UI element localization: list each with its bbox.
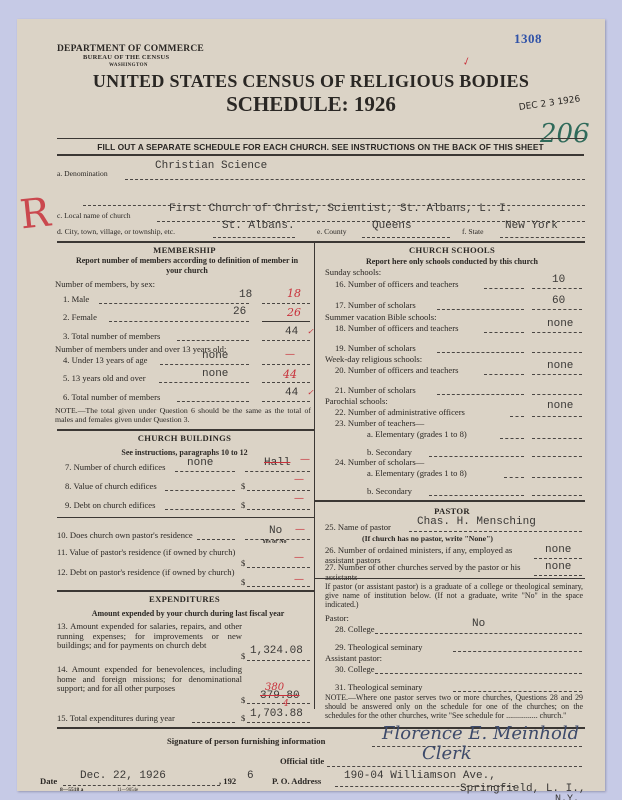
q9-label: 9. Debt on church edifices — [65, 500, 155, 510]
signature-label: Signature of person furnishing informati… — [167, 736, 325, 746]
q29-seminary-field[interactable] — [453, 651, 582, 652]
date-field[interactable]: Dec. 22, 1926 — [80, 770, 166, 782]
q27-value-line — [534, 575, 582, 576]
q24b-line — [429, 495, 524, 496]
census-schedule-sheet: DEPARTMENT OF COMMERCE BUREAU OF THE CEN… — [17, 19, 605, 791]
q8-value-field[interactable] — [247, 490, 310, 491]
county-label: e. County — [317, 227, 347, 236]
q28-label: 28. College — [335, 624, 375, 634]
parochial-schools-label: Parochial schools: — [325, 396, 388, 406]
city-label: d. City, town, village, or township, etc… — [57, 227, 175, 236]
schools-title: CHURCH SCHOOLS — [317, 245, 587, 255]
q24b-label: b. Secondary — [367, 486, 412, 496]
expenditures-divider — [57, 590, 314, 592]
q10-label: 10. Does church own pastor's residence — [57, 530, 193, 540]
q6-value-line — [262, 401, 310, 402]
schedule-title: SCHEDULE: 1926 — [17, 92, 605, 117]
q21-weekday-scholars-field[interactable] — [437, 394, 524, 395]
pastor-subheading: Pastor: — [325, 613, 349, 623]
q12-dollar: $ — [241, 577, 245, 587]
q9-red-dash: — — [294, 493, 304, 504]
q13-label: 13. Amount expended for salaries, repair… — [57, 622, 242, 651]
red-handwritten-mark: R — [18, 190, 53, 239]
q25-line — [409, 531, 582, 532]
q20-weekday-teachers-field[interactable]: none — [547, 360, 573, 372]
q26-value-line — [534, 558, 582, 559]
q14-dollar: $ — [241, 695, 245, 705]
q4-under13-field[interactable]: none — [202, 350, 228, 362]
weekday-schools-label: Week-day religious schools: — [325, 354, 422, 364]
date-label: Date — [40, 776, 57, 786]
instructions-banner: FILL OUT A SEPARATE SCHEDULE FOR EACH CH… — [57, 142, 584, 152]
pastor-divider — [315, 500, 585, 502]
q28-college-field[interactable]: No — [472, 618, 485, 630]
q5-over13-field[interactable]: none — [202, 368, 228, 380]
local-name-field[interactable]: First Church of Christ, Scientist, St. A… — [169, 203, 512, 215]
q27-label: 27. Number of other churches served by t… — [325, 563, 525, 582]
form-code-1: 8—5518 a — [60, 787, 83, 793]
state-label: f. State — [462, 227, 484, 236]
q23a-elementary-teachers-field[interactable] — [532, 438, 582, 439]
form-code-2: 11—9054e — [117, 788, 138, 793]
q7-label: 7. Number of church edifices — [65, 462, 165, 472]
q29-label: 29. Theological seminary — [335, 642, 422, 652]
q21-label: 21. Number of scholars — [335, 385, 416, 395]
summer-schools-label: Summer vacation Bible schools: — [325, 312, 436, 322]
q4-red-dash: — — [285, 349, 295, 360]
q8-label: 8. Value of church edifices — [65, 481, 157, 491]
q10-line — [197, 539, 235, 540]
q5-line — [159, 382, 249, 383]
q17-label: 17. Number of scholars — [335, 300, 416, 310]
q23b-secondary-teachers-field[interactable] — [532, 456, 582, 457]
official-title-line — [327, 766, 582, 767]
q17-sunday-scholars-field[interactable]: 60 — [552, 295, 565, 307]
q25-pastor-name-field[interactable]: Chas. H. Mensching — [417, 516, 536, 528]
q7-red-dash: — — [300, 454, 310, 465]
expenditures-subtitle: Amount expended by your church during la… — [57, 609, 319, 618]
q15-red-correction: 4 — [283, 699, 289, 709]
schools-subtitle: Report here only schools conducted by th… — [317, 257, 587, 266]
q11-value-field[interactable] — [247, 567, 310, 568]
q24a-line — [504, 477, 524, 478]
q22-label: 22. Number of administrative officers — [335, 407, 465, 417]
q16-line — [484, 288, 524, 289]
q31-label: 31. Theological seminary — [335, 682, 422, 692]
city-line — [213, 237, 295, 238]
q8-red-dash: — — [294, 474, 304, 485]
q17-line — [437, 309, 524, 310]
q5-check-line — [262, 382, 310, 383]
q4-check-line — [262, 364, 310, 365]
q2-check-line — [262, 321, 310, 322]
q7-extra-line — [245, 471, 310, 472]
q7-edifices-field[interactable]: none — [187, 457, 213, 469]
q11-label: 11. Value of pastor's residence (if owne… — [57, 547, 237, 557]
q9-line — [165, 509, 235, 510]
q3-total-field[interactable]: 44 — [285, 326, 298, 338]
graduate-divider — [315, 578, 585, 579]
q13-dollar: $ — [241, 651, 245, 661]
q18-line — [484, 332, 524, 333]
q28-line — [375, 633, 582, 634]
graduate-instructions: If pastor (or assistant pastor) is a gra… — [325, 582, 583, 609]
q15-label: 15. Total expenditures during year — [57, 713, 175, 723]
q30-college-field[interactable] — [375, 673, 582, 674]
q11-red-dash: — — [294, 552, 304, 563]
section-divider — [57, 241, 585, 243]
q18-value-line — [532, 332, 582, 333]
q24b-secondary-scholars-field[interactable] — [532, 495, 582, 496]
q3-red-check: ✓ — [307, 327, 314, 336]
q15-dollar: $ — [241, 713, 245, 723]
q15-line — [192, 722, 235, 723]
q22-value-line — [532, 416, 582, 417]
county-field[interactable]: Queens — [372, 220, 412, 232]
q18-label: 18. Number of officers and teachers — [335, 323, 458, 333]
red-check-mark: ✓ — [460, 56, 472, 70]
q1-line — [99, 303, 249, 304]
q3-label: 3. Total number of members — [63, 331, 160, 341]
membership-title: MEMBERSHIP — [57, 245, 312, 255]
q16-label: 16. Number of officers and teachers — [335, 279, 458, 289]
q15-total-field[interactable]: 1,703.88 — [250, 708, 303, 720]
q2-label: 2. Female — [63, 312, 97, 322]
q24a-elementary-scholars-field[interactable] — [532, 477, 582, 478]
q7-line — [175, 471, 235, 472]
form-title: UNITED STATES CENSUS OF RELIGIOUS BODIES — [17, 71, 605, 92]
q22-admin-officers-field[interactable]: none — [547, 400, 573, 412]
buildings-title: CHURCH BUILDINGS — [57, 433, 312, 443]
signature-line — [372, 746, 582, 747]
expenditures-title: EXPENDITURES — [57, 594, 312, 604]
q25-hint: (If church has no pastor, write "None") — [362, 534, 493, 543]
q4-label: 4. Under 13 years of age — [63, 355, 147, 365]
q1-label: 1. Male — [63, 294, 89, 304]
q24a-label: a. Elementary (grades 1 to 8) — [367, 468, 467, 478]
banner-top-rule — [57, 138, 584, 139]
q19-label: 19. Number of scholars — [335, 343, 416, 353]
address-label: P. O. Address — [272, 776, 321, 786]
bureau-name: BUREAU OF THE CENSUS — [83, 54, 169, 61]
q4-line — [160, 364, 249, 365]
bureau-city: WASHINGTON — [109, 63, 148, 68]
denomination-line — [125, 179, 585, 180]
q5-label: 5. 13 years old and over — [63, 373, 146, 383]
membership-subtitle: Report number of members according to de… — [67, 256, 307, 276]
q23a-label: a. Elementary (grades 1 to 8) — [367, 429, 467, 439]
q19-summer-scholars-field[interactable] — [437, 352, 524, 353]
year-prefix: , 192 — [219, 776, 236, 786]
signature-field[interactable]: Florence E. Meinhold — [382, 723, 579, 744]
q23b-line — [429, 456, 524, 457]
banner-bottom-rule — [57, 154, 584, 156]
q6-total-field[interactable]: 44 — [285, 387, 298, 399]
official-title-field[interactable]: Clerk — [422, 743, 472, 764]
q2-line — [109, 321, 249, 322]
official-title-label: Official title — [280, 756, 324, 766]
department-name: DEPARTMENT OF COMMERCE — [57, 44, 204, 54]
q21-value-line — [532, 394, 582, 395]
q23a-line — [500, 438, 524, 439]
q6-line — [177, 401, 249, 402]
state-field[interactable]: New York — [505, 220, 558, 232]
q6-label: 6. Total number of members — [63, 392, 160, 402]
q31-seminary-field[interactable] — [453, 691, 582, 692]
q24-label: 24. Number of scholars— — [335, 457, 424, 467]
residence-divider — [57, 517, 314, 518]
sunday-schools-label: Sunday schools: — [325, 267, 381, 277]
q10-owns-residence-field[interactable]: No — [269, 525, 282, 537]
q13-line — [247, 660, 310, 661]
q12-label: 12. Debt on pastor's residence (if owned… — [57, 567, 237, 577]
q10-hint: Yes or No — [262, 539, 287, 545]
q9-value-field[interactable] — [247, 509, 310, 510]
q25-label: 25. Name of pastor — [325, 522, 391, 532]
stamp-number: 1308 — [514, 31, 542, 47]
q14-benevolences-field[interactable]: 379.80 — [260, 690, 300, 702]
year-digit-field[interactable]: 6 — [247, 770, 254, 782]
q12-red-dash: — — [294, 574, 304, 585]
q19-value-line — [532, 352, 582, 353]
q8-line — [165, 490, 235, 491]
q26-assistant-ministers-field[interactable]: none — [545, 544, 571, 556]
q8-dollar: $ — [241, 481, 245, 491]
q23b-label: b. Secondary — [367, 447, 412, 457]
q7-hall-struck: Hall — [264, 457, 290, 469]
q14-line — [247, 703, 310, 704]
q9-dollar: $ — [241, 500, 245, 510]
address-field-line1[interactable]: 190-04 Williamson Ave., — [344, 770, 496, 782]
q16-sunday-teachers-field[interactable]: 10 — [552, 274, 565, 286]
q17-value-line — [532, 309, 582, 310]
q23-label: 23. Number of teachers— — [335, 418, 424, 428]
buildings-subtitle: See instructions, paragraphs 10 to 12 — [57, 448, 312, 457]
q20-value-line — [532, 374, 582, 375]
q1-red-check: 18 — [287, 287, 301, 300]
q30-label: 30. College — [335, 664, 375, 674]
q5-red-value: 44 — [283, 368, 297, 381]
members-by-age-label: Number of members under and over 13 year… — [55, 344, 226, 354]
q3-line — [177, 340, 249, 341]
members-by-sex-label: Number of members, by sex: — [55, 279, 155, 289]
q22-line — [510, 416, 524, 417]
q14-label: 14. Amount expended for benevolences, in… — [57, 665, 242, 694]
q15-value-line — [247, 722, 310, 723]
denomination-field[interactable]: Christian Science — [155, 160, 267, 172]
buildings-divider — [57, 429, 314, 431]
address-field-line3[interactable]: N.Y. — [555, 794, 579, 800]
q20-line — [484, 374, 524, 375]
denomination-label: a. Denomination — [57, 169, 108, 178]
date-line — [63, 785, 220, 786]
q6-red-check: ✓ — [307, 388, 314, 397]
column-divider — [314, 241, 315, 709]
q16-value-line — [532, 288, 582, 289]
local-name-label: c. Local name of church — [57, 211, 131, 220]
membership-note: NOTE.—The total given under Question 6 s… — [55, 406, 311, 424]
q12-value-field[interactable] — [247, 586, 310, 587]
pastor-title: PASTOR — [317, 506, 587, 516]
city-field[interactable]: St. Albans. — [222, 220, 295, 232]
q10-red-dash: — — [295, 524, 305, 535]
q1-male-field[interactable]: 18 — [239, 289, 252, 301]
pastor-note: NOTE.—Where one pastor serves two or mor… — [325, 693, 583, 720]
assistant-pastor-subheading: Assistant pastor: — [325, 653, 382, 663]
q2-female-field[interactable]: 26 — [233, 306, 246, 318]
q1-check-line — [262, 303, 310, 304]
county-line — [362, 237, 450, 238]
q18-summer-teachers-field[interactable]: none — [547, 318, 573, 330]
q3-value-line — [262, 340, 310, 341]
q27-other-churches-field[interactable]: none — [545, 561, 571, 573]
q13-running-expenses-field[interactable]: 1,324.08 — [250, 645, 303, 657]
q11-dollar: $ — [241, 558, 245, 568]
q2-red-check: 26 — [287, 306, 301, 319]
state-line — [500, 237, 585, 238]
q20-label: 20. Number of officers and teachers — [335, 365, 458, 375]
